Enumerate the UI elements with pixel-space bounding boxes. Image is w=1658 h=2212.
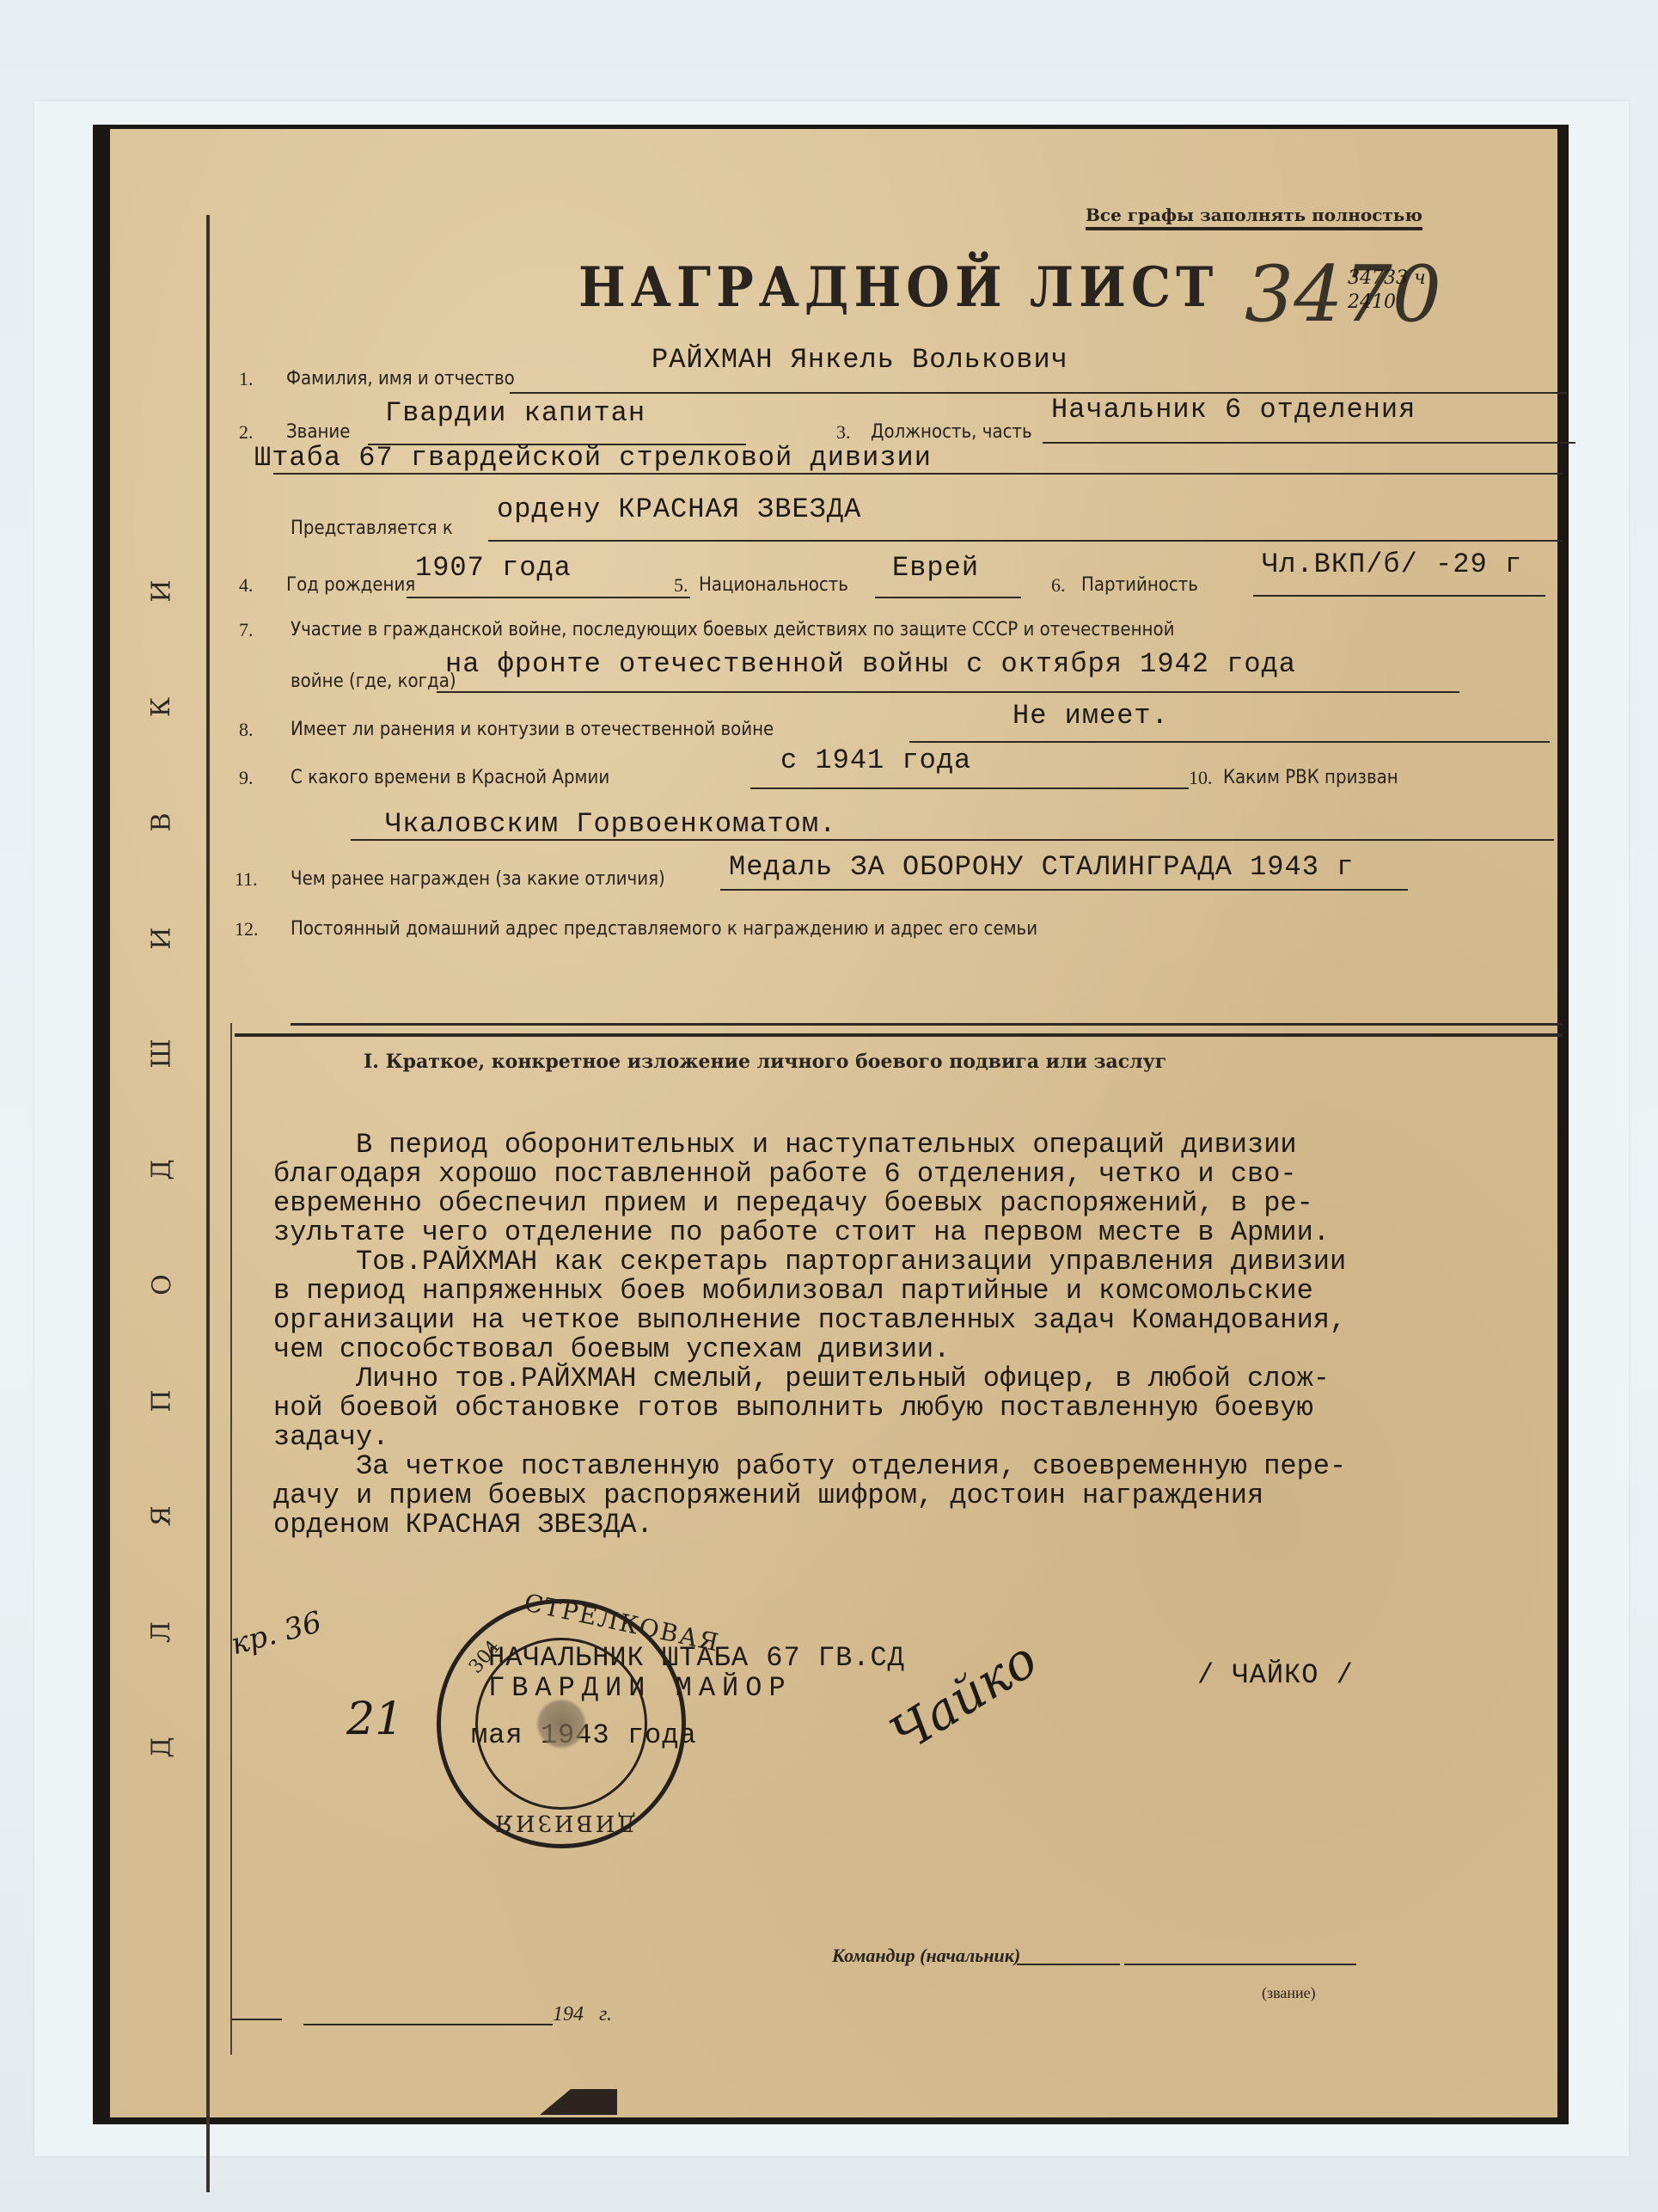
commander-label: Командир (начальник) (832, 1945, 1020, 1967)
binding-letter: Я (146, 1505, 176, 1526)
field-3-continued-underline (273, 473, 1563, 475)
field-11-label: Чем ранее награжден (за какие отличия) (291, 868, 665, 890)
field-7-underline (437, 691, 1459, 693)
binding-letter: В (146, 812, 176, 831)
field-7-label: Участие в гражданской войне, последующих… (291, 619, 1174, 640)
field-8-number: 8. (239, 719, 254, 741)
field-7-value: на фронте отечественной войны с октября … (445, 648, 1296, 680)
binding-letter: К (147, 696, 177, 716)
signer-name: / ЧАЙКО / (1197, 1659, 1354, 1691)
field-1-number: 1. (239, 368, 254, 390)
field-11-number: 11. (235, 868, 258, 891)
field-4-underline (407, 597, 690, 598)
field-1-value: РАЙХМАН Янкель Волькович (652, 344, 1068, 376)
field-9-number: 9. (239, 767, 254, 789)
binding-letter: Ш (146, 1039, 176, 1068)
handwritten-reference-small: 34733 ч 2410 (1348, 267, 1426, 315)
section-divider-bottom (235, 1033, 1563, 1037)
field-10-value: Чкаловским Горвоенкоматом. (385, 808, 836, 840)
field-10-number: 10. (1189, 767, 1213, 789)
stamp-emblem-icon (535, 1698, 587, 1749)
field-5-value: Еврей (892, 552, 979, 584)
official-stamp: СТРЕЛКОВАЯ ДИВИЗИЯ 304 (437, 1599, 686, 1848)
binding-letter: П (146, 1389, 176, 1412)
field-2-label: Звание (286, 421, 350, 443)
field-3-label: Должность, часть (871, 421, 1032, 443)
field-4-value: 1907 года (415, 552, 572, 584)
footer-date-template: 194 г. (553, 2003, 612, 2026)
binding-margin-label: Д Л Я П О Д Ш И В К И (136, 576, 187, 1762)
award-label: Представляется к (291, 518, 453, 539)
document-title: НАГРАДНОЙ ЛИСТ (578, 255, 1218, 320)
stamp-text-bottom: ДИВИЗИЯ (493, 1810, 635, 1835)
field-3-underline (1043, 442, 1575, 444)
binding-margin-line (206, 215, 210, 2192)
narrative-heading: I. Краткое, конкретное изложение личного… (364, 1051, 1166, 1073)
field-5-label: Национальность (699, 574, 848, 596)
field-6-label: Партийность (1081, 574, 1198, 596)
date-month-underline (303, 2024, 553, 2025)
award-underline (488, 540, 1563, 542)
torn-corner (540, 2089, 617, 2115)
field-6-number: 6. (1051, 574, 1066, 597)
binding-letter: И (146, 927, 176, 949)
binding-letter: Д (146, 1159, 176, 1180)
section-divider-top (291, 1023, 1563, 1026)
header-note: Все графы заполнять полностью (1086, 205, 1422, 230)
field-1-label: Фамилия, имя и отчество (286, 368, 515, 389)
field-2-value: Гвардии капитан (385, 397, 645, 429)
field-6-underline (1253, 595, 1545, 597)
field-10-label: Каким РВК призван (1223, 767, 1398, 788)
field-11-value: Медаль ЗА ОБОРОНУ СТАЛИНГРАДА 1943 г (729, 851, 1354, 883)
field-7-number: 7. (239, 619, 254, 641)
date-day-underline (230, 2019, 282, 2020)
binding-letter: И (146, 579, 176, 602)
margin-note: кр. 36 (228, 1605, 326, 1662)
field-3-value: Начальник 6 отделения (1051, 394, 1416, 426)
handwritten-signature: Чайко (880, 1630, 1047, 1764)
narrative-text: В период оборонительных и наступательных… (273, 1131, 1545, 1540)
field-2-number: 2. (239, 421, 254, 444)
field-10-underline (351, 839, 1554, 841)
rank-caption: (звание) (1262, 1984, 1316, 2002)
field-6-value: Чл.ВКП/б/ -29 г (1262, 548, 1522, 580)
field-3-value-continued: Штаба 67 гвардейской стрелковой дивизии (254, 442, 932, 474)
date-day-handwritten: 21 (346, 1694, 403, 1745)
award-value: ордену КРАСНАЯ ЗВЕЗДА (497, 493, 861, 525)
commander-underline-1 (1017, 1964, 1120, 1965)
field-8-underline (909, 741, 1550, 743)
field-7-label-continued: войне (где, когда) (291, 671, 456, 692)
award-sheet-document: Д Л Я П О Д Ш И В К И Все графы заполнят… (110, 129, 1557, 2117)
field-12-number: 12. (235, 918, 259, 941)
commander-underline-2 (1124, 1964, 1356, 1965)
field-3-number: 3. (836, 421, 851, 444)
field-9-label: С какого времени в Красной Армии (291, 767, 609, 788)
field-9-underline (750, 787, 1189, 789)
left-vertical-rule (230, 1023, 232, 2055)
field-8-label: Имеет ли ранения и контузии в отечествен… (291, 719, 774, 740)
field-4-label: Год рождения (286, 574, 415, 596)
binding-letter: Д (146, 1737, 176, 1757)
binding-letter: О (146, 1274, 176, 1296)
field-5-number: 5. (674, 574, 688, 597)
field-11-underline (720, 889, 1408, 891)
binding-letter: Л (146, 1621, 176, 1642)
field-4-number: 4. (239, 574, 254, 597)
field-8-value: Не имеет. (1013, 700, 1169, 732)
field-12-label: Постоянный домашний адрес представляемог… (291, 918, 1037, 940)
field-9-value: с 1941 года (780, 744, 971, 776)
field-5-underline (875, 597, 1021, 598)
